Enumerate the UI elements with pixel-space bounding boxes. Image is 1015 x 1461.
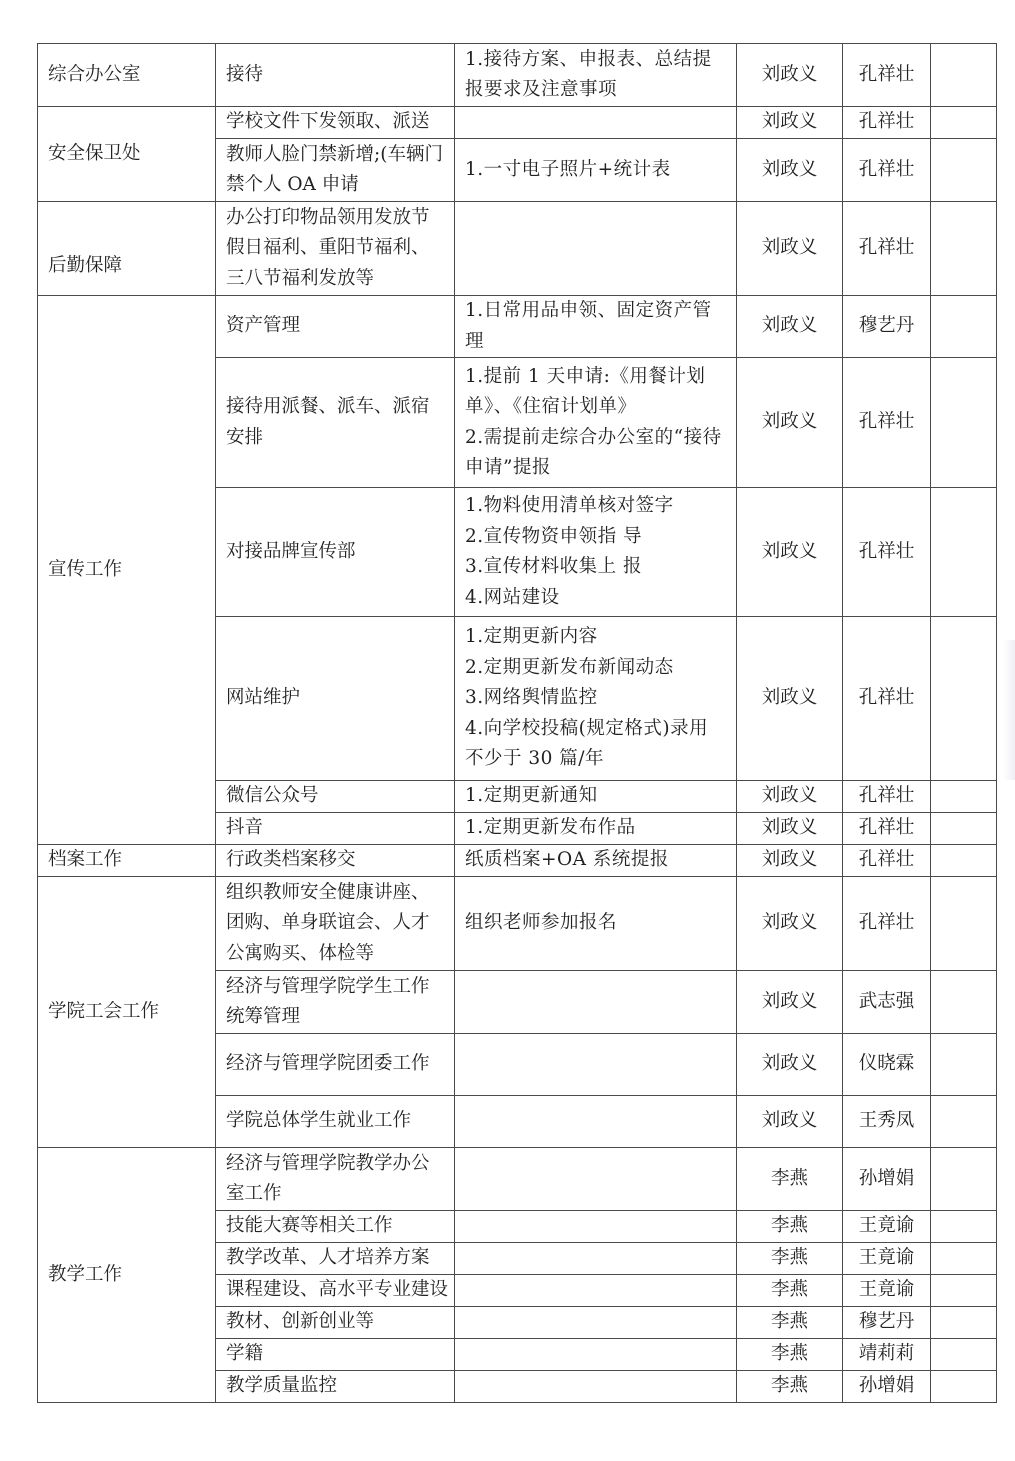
lead-cell: 刘政义 (737, 1034, 843, 1096)
owner-cell: 王秀凤 (843, 1096, 931, 1148)
lead-cell: 刘政义 (737, 813, 843, 845)
owner-cell: 穆艺丹 (843, 296, 931, 358)
task-cell: 经济与管理学院教学办公室工作 (216, 1148, 455, 1211)
lead-cell: 刘政义 (737, 139, 843, 202)
task-cell: 经济与管理学院学生工作统筹管理 (216, 971, 455, 1034)
desc-cell (455, 1148, 737, 1211)
desc-cell (455, 1034, 737, 1096)
desc-cell (455, 1275, 737, 1307)
dept-cell: 综合办公室 (38, 44, 216, 107)
task-cell: 对接品牌宣传部 (216, 488, 455, 617)
note-cell (931, 1096, 997, 1148)
owner-cell: 孔祥壮 (843, 845, 931, 877)
owner-cell: 王竟谕 (843, 1211, 931, 1243)
desc-line: 1.定期更新内容 (465, 622, 726, 653)
task-cell: 抖音 (216, 813, 455, 845)
task-cell: 学籍 (216, 1339, 455, 1371)
desc-line: 2.宣传物资申领指 导 (465, 522, 726, 553)
owner-cell: 王竟谕 (843, 1275, 931, 1307)
owner-cell: 孔祥壮 (843, 139, 931, 202)
note-cell (931, 488, 997, 617)
desc-cell: 1.一寸电子照片+统计表 (455, 139, 737, 202)
table-row: 宣传工作 资产管理 1.日常用品申领、固定资产管理 刘政义 穆艺丹 (38, 296, 997, 358)
desc-line: 1.接待方案、申报表、总结提报要求及注意事项 (465, 45, 726, 106)
page-edge-shadow (1003, 640, 1015, 780)
lead-cell: 刘政义 (737, 1096, 843, 1148)
note-cell (931, 971, 997, 1034)
desc-line: 组织老师参加报名 (465, 908, 726, 939)
table-row: 安全保卫处 学校文件下发领取、派送 刘政义 孔祥壮 (38, 107, 997, 139)
task-cell: 教学改革、人才培养方案 (216, 1243, 455, 1275)
lead-cell: 刘政义 (737, 107, 843, 139)
task-cell: 经济与管理学院团委工作 (216, 1034, 455, 1096)
desc-cell (455, 202, 737, 296)
task-cell: 教学质量监控 (216, 1371, 455, 1403)
table-row: 档案工作 行政类档案移交 纸质档案+OA 系统提报 刘政义 孔祥壮 (38, 845, 997, 877)
lead-cell: 李燕 (737, 1275, 843, 1307)
owner-cell: 孔祥壮 (843, 488, 931, 617)
desc-line: 1.日常用品申领、固定资产管理 (465, 296, 726, 357)
desc-line: 1.物料使用清单核对签字 (465, 491, 726, 522)
owner-cell: 孔祥壮 (843, 44, 931, 107)
owner-cell: 孔祥壮 (843, 358, 931, 488)
note-cell (931, 1307, 997, 1339)
note-cell (931, 877, 997, 971)
desc-line: 3.网络舆情监控 (465, 683, 726, 714)
table-row: 教学工作 经济与管理学院教学办公室工作 李燕 孙增娟 (38, 1148, 997, 1211)
desc-line: 4.网站建设 (465, 583, 726, 614)
desc-line: 1.提前 1 天申请:《用餐计划单》、《住宿计划单》 (465, 362, 726, 423)
owner-cell: 孔祥壮 (843, 617, 931, 781)
task-cell: 网站维护 (216, 617, 455, 781)
desc-cell (455, 1211, 737, 1243)
lead-cell: 李燕 (737, 1307, 843, 1339)
task-cell: 技能大赛等相关工作 (216, 1211, 455, 1243)
responsibility-table: 综合办公室 接待 1.接待方案、申报表、总结提报要求及注意事项 刘政义 孔祥壮 … (37, 43, 997, 1403)
task-cell: 微信公众号 (216, 781, 455, 813)
owner-cell: 孔祥壮 (843, 813, 931, 845)
owner-cell: 孔祥壮 (843, 781, 931, 813)
lead-cell: 刘政义 (737, 781, 843, 813)
note-cell (931, 296, 997, 358)
owner-cell: 王竟谕 (843, 1243, 931, 1275)
owner-cell: 穆艺丹 (843, 1307, 931, 1339)
owner-cell: 孔祥壮 (843, 877, 931, 971)
lead-cell: 李燕 (737, 1148, 843, 1211)
note-cell (931, 845, 997, 877)
note-cell (931, 1034, 997, 1096)
note-cell (931, 1211, 997, 1243)
note-cell (931, 1339, 997, 1371)
dept-cell: 教学工作 (38, 1148, 216, 1403)
lead-cell: 刘政义 (737, 845, 843, 877)
desc-cell: 纸质档案+OA 系统提报 (455, 845, 737, 877)
desc-line: 1.一寸电子照片+统计表 (465, 155, 726, 186)
desc-cell: 1.定期更新内容 2.定期更新发布新闻动态 3.网络舆情监控 4.向学校投稿(规… (455, 617, 737, 781)
task-cell: 接待 (216, 44, 455, 107)
desc-cell (455, 1307, 737, 1339)
desc-cell: 1.日常用品申领、固定资产管理 (455, 296, 737, 358)
dept-cell: 宣传工作 (38, 296, 216, 845)
lead-cell: 刘政义 (737, 488, 843, 617)
table-row: 后勤保障 办公打印物品领用发放节假日福利、重阳节福利、三八节福利发放等 刘政义 … (38, 202, 997, 296)
desc-line: 3.宣传材料收集上 报 (465, 552, 726, 583)
table-row: 综合办公室 接待 1.接待方案、申报表、总结提报要求及注意事项 刘政义 孔祥壮 (38, 44, 997, 107)
desc-cell (455, 1096, 737, 1148)
owner-cell: 孔祥壮 (843, 202, 931, 296)
note-cell (931, 1371, 997, 1403)
note-cell (931, 813, 997, 845)
lead-cell: 刘政义 (737, 296, 843, 358)
note-cell (931, 202, 997, 296)
lead-cell: 刘政义 (737, 971, 843, 1034)
task-cell: 学校文件下发领取、派送 (216, 107, 455, 139)
task-cell: 学院总体学生就业工作 (216, 1096, 455, 1148)
desc-cell (455, 971, 737, 1034)
lead-cell: 刘政义 (737, 44, 843, 107)
desc-line: 1.定期更新通知 (465, 781, 726, 812)
desc-cell: 组织老师参加报名 (455, 877, 737, 971)
dept-cell: 后勤保障 (38, 202, 216, 296)
lead-cell: 刘政义 (737, 877, 843, 971)
desc-line: 纸质档案+OA 系统提报 (465, 845, 726, 876)
table-row: 学院工会工作 组织教师安全健康讲座、团购、单身联谊会、人才公寓购买、体检等 组织… (38, 877, 997, 971)
note-cell (931, 44, 997, 107)
note-cell (931, 781, 997, 813)
task-cell: 教材、创新创业等 (216, 1307, 455, 1339)
note-cell (931, 1148, 997, 1211)
owner-cell: 孙增娟 (843, 1371, 931, 1403)
note-cell (931, 1243, 997, 1275)
desc-cell (455, 1243, 737, 1275)
desc-cell (455, 107, 737, 139)
lead-cell: 刘政义 (737, 358, 843, 488)
task-cell: 资产管理 (216, 296, 455, 358)
note-cell (931, 139, 997, 202)
desc-line: 2.定期更新发布新闻动态 (465, 653, 726, 684)
owner-cell: 孔祥壮 (843, 107, 931, 139)
dept-cell: 档案工作 (38, 845, 216, 877)
desc-line: 4.向学校投稿(规定格式)录用不少于 30 篇/年 (465, 714, 726, 775)
task-cell: 办公打印物品领用发放节假日福利、重阳节福利、三八节福利发放等 (216, 202, 455, 296)
lead-cell: 李燕 (737, 1371, 843, 1403)
note-cell (931, 617, 997, 781)
desc-cell (455, 1339, 737, 1371)
desc-cell (455, 1371, 737, 1403)
owner-cell: 武志强 (843, 971, 931, 1034)
dept-cell: 安全保卫处 (38, 107, 216, 202)
lead-cell: 李燕 (737, 1339, 843, 1371)
task-cell: 组织教师安全健康讲座、团购、单身联谊会、人才公寓购买、体检等 (216, 877, 455, 971)
desc-cell: 1.物料使用清单核对签字 2.宣传物资申领指 导 3.宣传材料收集上 报 4.网… (455, 488, 737, 617)
note-cell (931, 358, 997, 488)
note-cell (931, 1275, 997, 1307)
task-cell: 课程建设、高水平专业建设 (216, 1275, 455, 1307)
desc-cell: 1.接待方案、申报表、总结提报要求及注意事项 (455, 44, 737, 107)
owner-cell: 孙增娟 (843, 1148, 931, 1211)
task-cell: 接待用派餐、派车、派宿安排 (216, 358, 455, 488)
desc-cell: 1.提前 1 天申请:《用餐计划单》、《住宿计划单》 2.需提前走综合办公室的“… (455, 358, 737, 488)
task-cell: 行政类档案移交 (216, 845, 455, 877)
lead-cell: 刘政义 (737, 617, 843, 781)
desc-line: 2.需提前走综合办公室的“接待申请”提报 (465, 423, 726, 484)
owner-cell: 靖莉莉 (843, 1339, 931, 1371)
desc-line: 1.定期更新发布作品 (465, 813, 726, 844)
note-cell (931, 107, 997, 139)
lead-cell: 刘政义 (737, 202, 843, 296)
dept-cell: 学院工会工作 (38, 877, 216, 1148)
owner-cell: 仪晓霖 (843, 1034, 931, 1096)
task-cell: 教师人脸门禁新增;(车辆门禁个人 OA 申请 (216, 139, 455, 202)
desc-cell: 1.定期更新通知 (455, 781, 737, 813)
lead-cell: 李燕 (737, 1211, 843, 1243)
desc-cell: 1.定期更新发布作品 (455, 813, 737, 845)
lead-cell: 李燕 (737, 1243, 843, 1275)
